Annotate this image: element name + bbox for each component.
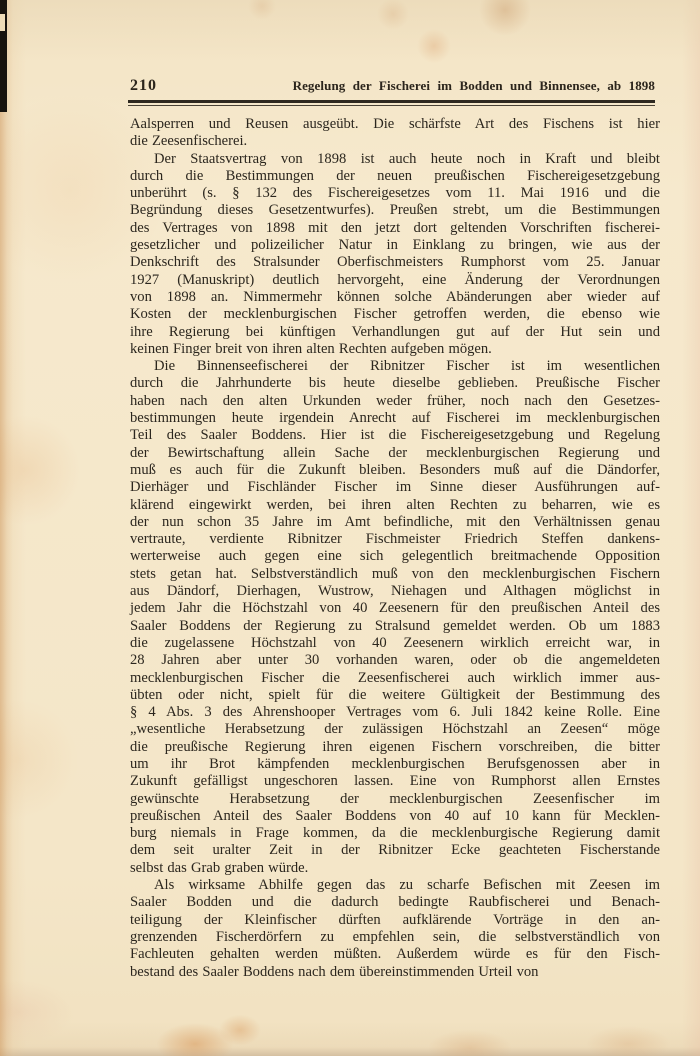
text-line: dem seit uralter Zeit in der Ribnitzer E… [130, 842, 660, 859]
text-line: werterweise auch gegen eine sich gelegen… [130, 548, 660, 565]
text-line: durch die Jahrhunderte bis heute dieselb… [130, 375, 660, 392]
text-line: der Bewirtschaftung allein Sache der mec… [130, 445, 660, 462]
text-line: Der Staatsvertrag von 1898 ist auch heut… [130, 151, 660, 168]
paragraph: Aalsperren und Reusen ausgeübt. Die schä… [130, 116, 660, 151]
text-line: Teil des Saaler Boddens. Hier ist die Fi… [130, 427, 660, 444]
text-line: die Zeesenfischerei. [130, 133, 660, 150]
header-rule-thin-line [128, 105, 655, 106]
paragraph: Als wirksame Abhilfe gegen das zu scharf… [130, 877, 660, 981]
page-number: 210 [130, 77, 157, 95]
paragraph: Die Binnenseefischerei der Ribnitzer Fis… [130, 358, 660, 877]
text-line: grenzenden Fischerdörfern zu empfehlen s… [130, 929, 660, 946]
text-line: unberührt (s. § 132 des Fischereigesetze… [130, 185, 660, 202]
text-line: des Vertrages von 1898 mit den jetzt dor… [130, 220, 660, 237]
text-line: die zugelassene Höchstzahl von 40 Zeesen… [130, 635, 660, 652]
text-line: selbst das Grab graben würde. [130, 860, 660, 877]
text-line: Fachleuten gehalten werden müßten. Außer… [130, 946, 660, 963]
left-page-edge [0, 0, 13, 1056]
text-line: § 4 Abs. 3 des Ahrenshooper Vertrages vo… [130, 704, 660, 721]
text-line: bestimmungen heute irgendein Anrecht auf… [130, 410, 660, 427]
text-line: aus Dändorf, Dierhagen, Wustrow, Niehage… [130, 583, 660, 600]
text-line: bestand des Saaler Boddens nach dem über… [130, 964, 660, 981]
header-rule [128, 100, 655, 106]
text-line: gesetzlicher und polizeilicher Natur in … [130, 237, 660, 254]
text-line: 28 Jahren aber unter 30 vorhanden waren,… [130, 652, 660, 669]
text-line: von 1898 an. Nimmermehr können solche Ab… [130, 289, 660, 306]
text-line: Saaler Boddens der Regierung zu Stralsun… [130, 618, 660, 635]
page-header: 210 Regelung der Fischerei im Bodden und… [130, 77, 655, 95]
text-line: Die Binnenseefischerei der Ribnitzer Fis… [130, 358, 660, 375]
text-line: 1927 (Manuskript) deutlich hervorgeht, e… [130, 272, 660, 289]
text-line: vertraute, verdiente Ribnitzer Fischmeis… [130, 531, 660, 548]
text-line: klärend eingewirkt werden, bei ihren alt… [130, 497, 660, 514]
text-line: durch die Bestimmungen der neuen preußis… [130, 168, 660, 185]
text-line: gewünschte Herabsetzung der mecklenburgi… [130, 791, 660, 808]
text-line: muß es auch für die Zukunft bleiben. Bes… [130, 462, 660, 479]
text-line: ihre Regierung bei künftigen Verhandlung… [130, 324, 660, 341]
scan-edge-notch [0, 14, 5, 31]
text-line: „wesentliche Herabsetzung der zulässigen… [130, 721, 660, 738]
text-line: Kosten der mecklenburgischen Fischer get… [130, 306, 660, 323]
text-line: die preußische Regierung ihren eigenen F… [130, 739, 660, 756]
text-line: Begründung dieses Gesetzentwurfes). Preu… [130, 202, 660, 219]
text-line: um ihr Brot kämpfenden mecklenburgischen… [130, 756, 660, 773]
text-line: teiligung der Kleinfischer dürften aufkl… [130, 912, 660, 929]
text-line: der nun schon 35 Jahre im Amt befindlich… [130, 514, 660, 531]
text-line: keinen Finger breit von ihren alten Rech… [130, 341, 660, 358]
text-line: stets getan hat. Selbstverständlich muß … [130, 566, 660, 583]
text-line: Dierhäger und Fischländer Fischer im Sin… [130, 479, 660, 496]
paragraph: Der Staatsvertrag von 1898 ist auch heut… [130, 151, 660, 359]
text-line: Saaler Bodden und die dadurch bedingte R… [130, 894, 660, 911]
text-line: burg niemals in Frage kommen, da die mec… [130, 825, 660, 842]
text-line: mecklenburgischen Fischer die Zeesenfisc… [130, 670, 660, 687]
header-rule-thick-line [128, 100, 655, 103]
text-line: Aalsperren und Reusen ausgeübt. Die schä… [130, 116, 660, 133]
text-line: Denkschrift des Stralsunder Oberfischmei… [130, 254, 660, 271]
text-line: haben nach den alten Urkunden weder früh… [130, 393, 660, 410]
text-line: preußischen Anteil des Saaler Boddens vo… [130, 808, 660, 825]
text-line: übten oder nicht, spielt für die weitere… [130, 687, 660, 704]
text-line: jedem Jahr die Höchstzahl von 40 Zeesene… [130, 600, 660, 617]
running-header: Regelung der Fischerei im Bodden und Bin… [293, 78, 655, 94]
body-text: Aalsperren und Reusen ausgeübt. Die schä… [130, 116, 660, 981]
scanned-book-page: 210 Regelung der Fischerei im Bodden und… [0, 0, 700, 1056]
text-line: Zukunft gefälligst ungeschoren lassen. E… [130, 773, 660, 790]
text-line: Als wirksame Abhilfe gegen das zu scharf… [130, 877, 660, 894]
